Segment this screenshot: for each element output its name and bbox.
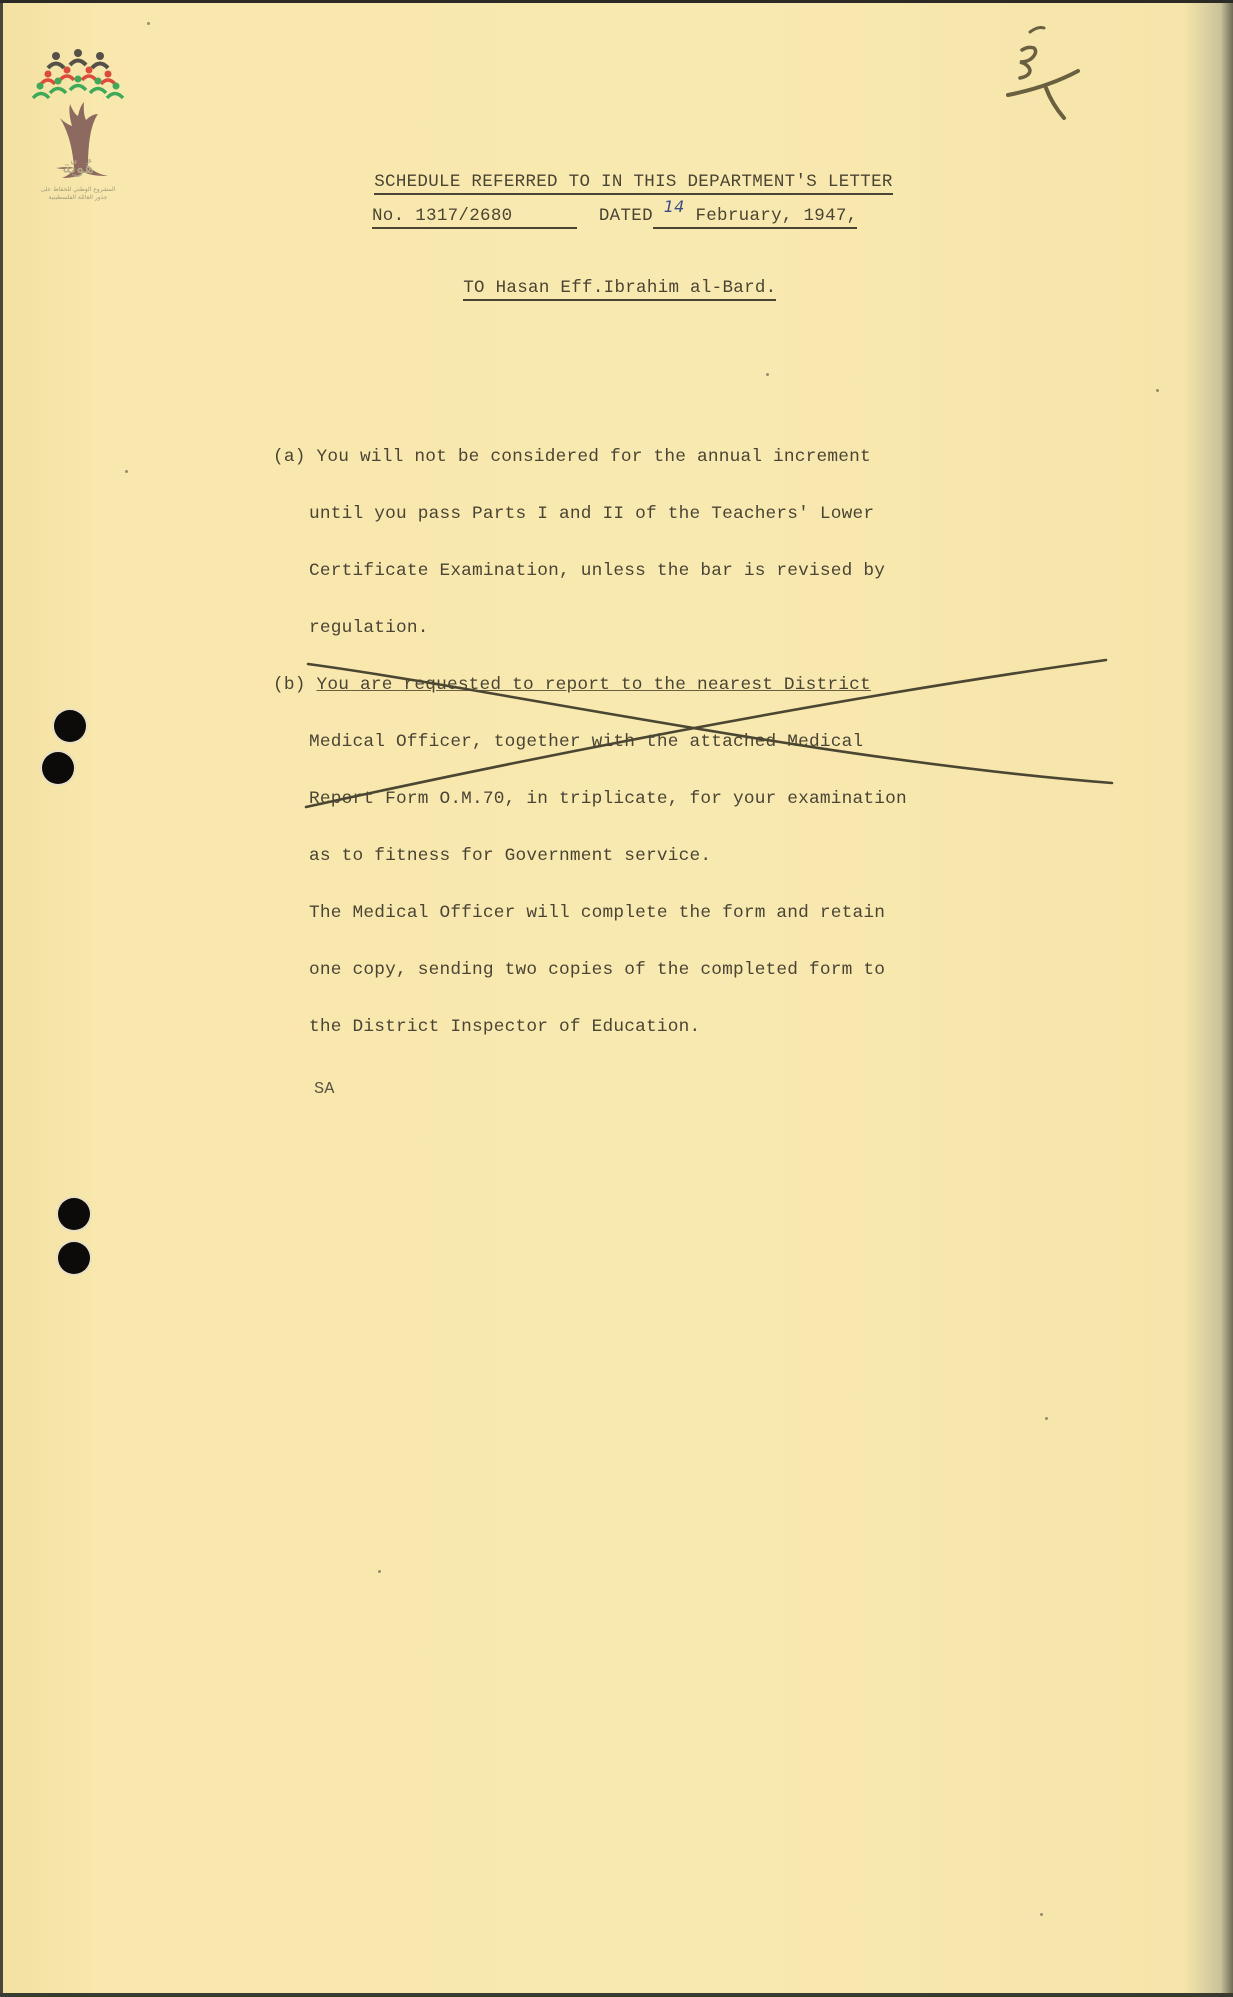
paragraph-line: Report Form O.M.70, in triplicate, for y… — [273, 790, 907, 809]
dated-month-year: February, 1947, — [685, 206, 858, 226]
typist-initials: SA — [314, 1080, 334, 1099]
punch-hole — [42, 752, 74, 784]
paragraph-line: regulation. — [273, 619, 885, 638]
paper-speck — [766, 373, 769, 376]
paragraph-line: Certificate Examination, unless the bar … — [273, 562, 885, 581]
logo-caption-line: جذور العائلة الفلسطينية — [30, 194, 126, 202]
paragraph-line: The Medical Officer will complete the fo… — [273, 904, 907, 923]
paragraph-marker: (b) — [273, 675, 306, 695]
schedule-title: SCHEDULE REFERRED TO IN THIS DEPARTMENT'… — [331, 152, 893, 212]
letter-reference-line: No. 1317/2680 DATED 14 February, 1947, — [372, 205, 857, 226]
paragraph-text: You are requested to report to the neare… — [317, 675, 871, 695]
punch-hole — [58, 1242, 90, 1274]
dated-value: 14 February, 1947, — [653, 206, 858, 229]
logo-wordmark: هُويّة — [52, 158, 104, 178]
addressee-text: TO Hasan Eff.Ibrahim al-Bard. — [463, 278, 776, 301]
paper-speck — [1045, 1417, 1048, 1420]
paragraph-line: Medical Officer, together with the attac… — [273, 733, 907, 752]
paragraph-line: one copy, sending two copies of the comp… — [273, 961, 907, 980]
paper-speck — [147, 22, 150, 25]
dated-label: DATED — [599, 206, 653, 226]
logo-caption-line: المشروع الوطني للحفاظ على — [30, 186, 126, 194]
paper-speck — [1156, 389, 1159, 392]
paper-speck — [125, 470, 128, 473]
reference-number-value: 1317/2680 — [415, 206, 512, 226]
handwritten-folio-mark-icon — [990, 20, 1100, 130]
paper-speck — [1040, 1913, 1043, 1916]
paragraph-text: You will not be considered for the annua… — [317, 447, 871, 467]
paragraph-line: (b) You are requested to report to the n… — [273, 676, 907, 695]
paragraph-a: (a) You will not be considered for the a… — [273, 410, 885, 676]
paragraph-marker: (a) — [273, 447, 306, 467]
reference-number: No. 1317/2680 — [372, 206, 577, 229]
logo-caption: المشروع الوطني للحفاظ على جذور العائلة ا… — [30, 186, 126, 202]
reference-prefix: No. — [372, 206, 415, 226]
handwritten-date-day: 14 — [664, 197, 685, 216]
paragraph-b: (b) You are requested to report to the n… — [273, 638, 907, 1075]
paragraph-line: (a) You will not be considered for the a… — [273, 448, 885, 467]
punch-hole — [58, 1198, 90, 1230]
paragraph-line: the District Inspector of Education. — [273, 1018, 907, 1037]
addressee-line: TO Hasan Eff.Ibrahim al-Bard. — [420, 258, 776, 318]
paragraph-line: until you pass Parts I and II of the Tea… — [273, 505, 885, 524]
punch-hole — [54, 710, 86, 742]
paper-speck — [378, 1570, 381, 1573]
document-page: هُويّة المشروع الوطني للحفاظ على جذور ال… — [0, 0, 1233, 1997]
paragraph-line: as to fitness for Government service. — [273, 847, 907, 866]
schedule-title-text: SCHEDULE REFERRED TO IN THIS DEPARTMENT'… — [374, 172, 892, 195]
